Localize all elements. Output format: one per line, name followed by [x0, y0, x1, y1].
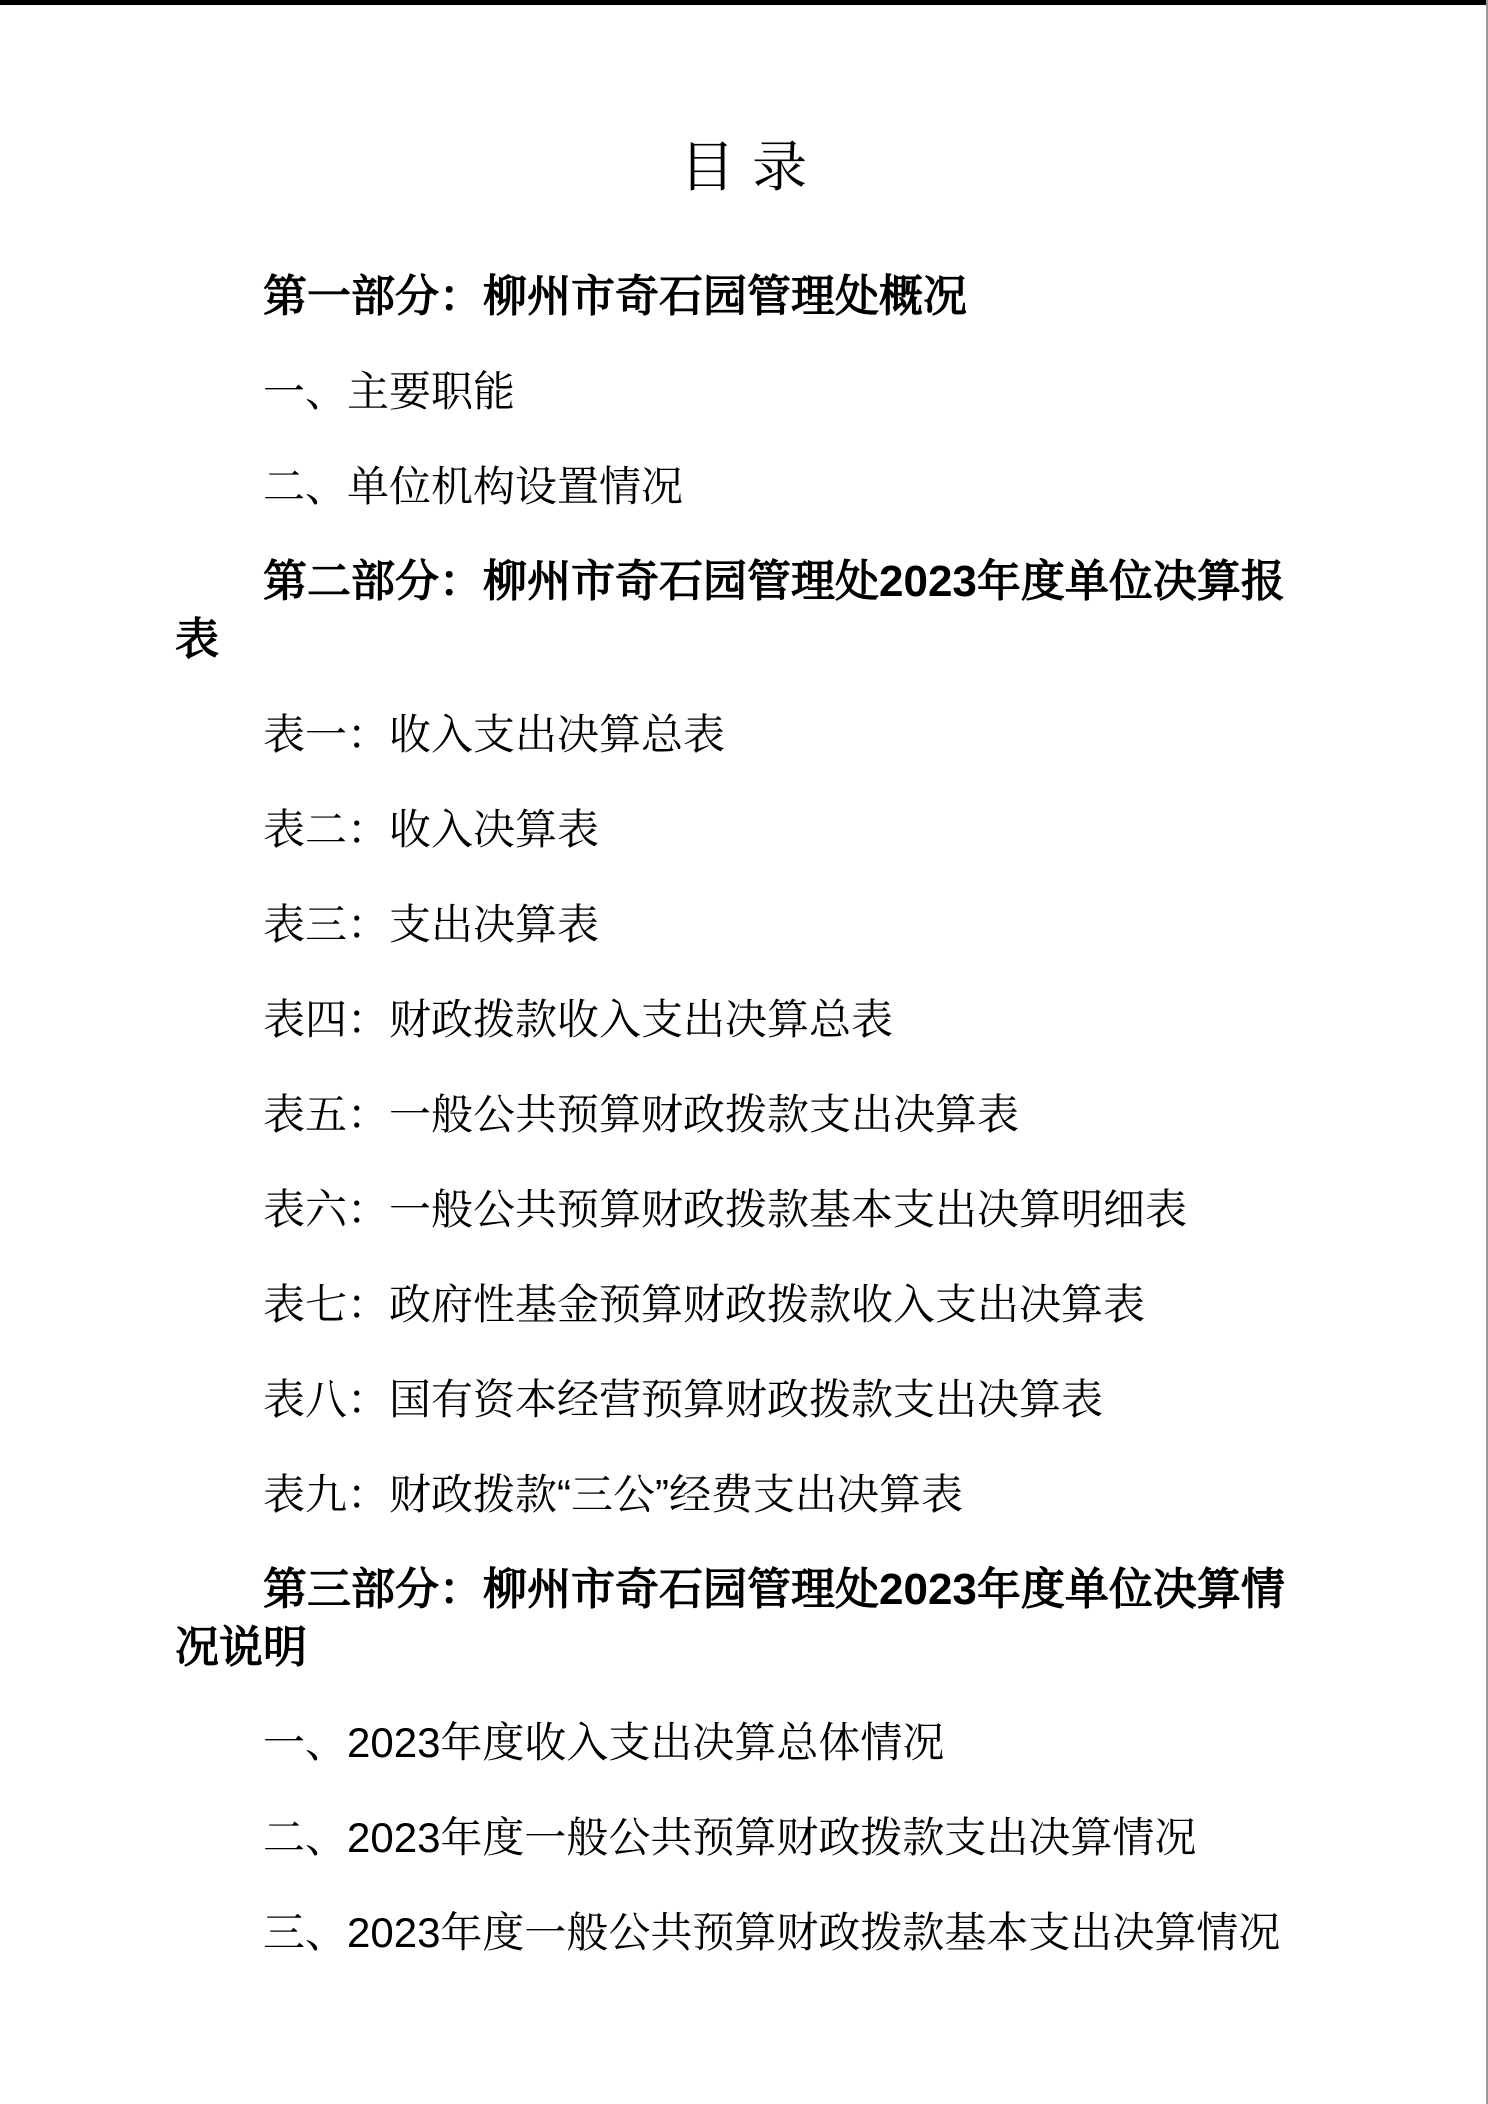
toc-line: 表五：一般公共预算财政拨款支出决算表 [175, 1086, 1313, 1144]
toc-line: 表二：收入决算表 [175, 801, 1313, 859]
toc-line: 三、2023年度一般公共预算财政拨款基本支出决算情况 [175, 1904, 1313, 1962]
toc-line: 表 [175, 611, 1313, 669]
toc-line: 一、2023年度收入支出决算总体情况 [175, 1714, 1313, 1772]
top-border-bar [0, 0, 1488, 5]
toc-line: 表七：政府性基金预算财政拨款收入支出决算表 [175, 1276, 1313, 1334]
toc-content: 目 录 第一部分：柳州市奇石园管理处概况一、主要职能二、单位机构设置情况第二部分… [0, 0, 1488, 1962]
toc-line: 表三：支出决算表 [175, 896, 1313, 954]
toc-line: 第二部分：柳州市奇石园管理处2023年度单位决算报 [175, 553, 1313, 611]
toc-line: 第一部分：柳州市奇石园管理处概况 [175, 268, 1313, 326]
toc-line: 况说明 [175, 1619, 1313, 1677]
toc-line: 二、单位机构设置情况 [175, 458, 1313, 516]
toc-line: 二、2023年度一般公共预算财政拨款支出决算情况 [175, 1809, 1313, 1867]
toc-line: 表四：财政拨款收入支出决算总表 [175, 991, 1313, 1049]
toc-line: 第三部分：柳州市奇石园管理处2023年度单位决算情 [175, 1561, 1313, 1619]
toc-line: 表六：一般公共预算财政拨款基本支出决算明细表 [175, 1181, 1313, 1239]
toc-list: 第一部分：柳州市奇石园管理处概况一、主要职能二、单位机构设置情况第二部分：柳州市… [175, 268, 1313, 1962]
toc-line: 表八：国有资本经营预算财政拨款支出决算表 [175, 1371, 1313, 1429]
toc-title: 目 录 [175, 0, 1313, 198]
document-page: 目 录 第一部分：柳州市奇石园管理处概况一、主要职能二、单位机构设置情况第二部分… [0, 0, 1488, 2104]
toc-line: 表一：收入支出决算总表 [175, 706, 1313, 764]
toc-line: 表九：财政拨款“三公”经费支出决算表 [175, 1466, 1313, 1524]
toc-line: 一、主要职能 [175, 363, 1313, 421]
